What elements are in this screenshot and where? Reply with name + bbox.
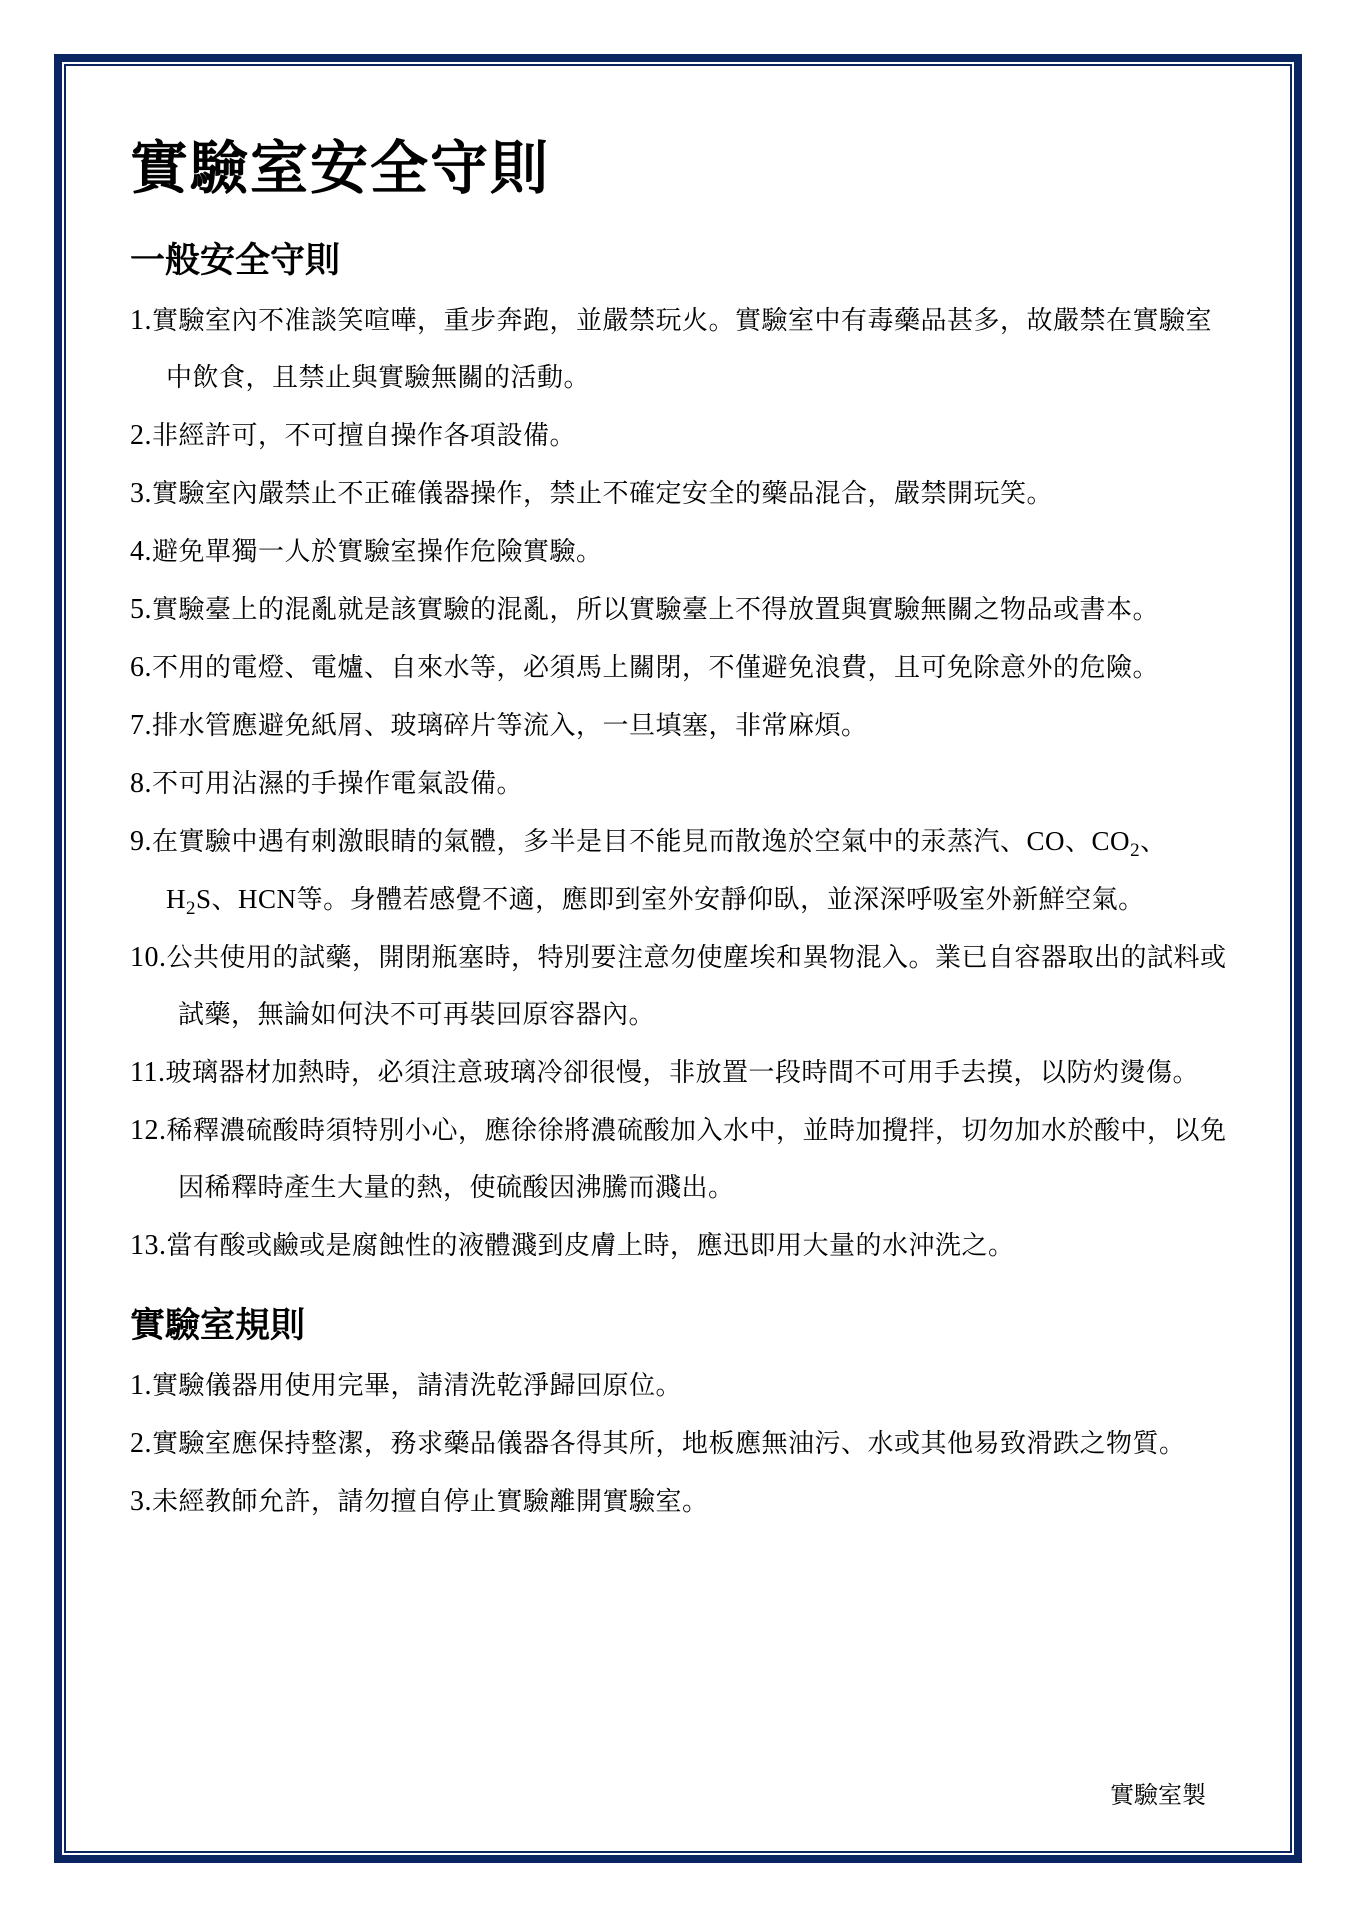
document-body: 實驗室安全守則 一般安全守則 1.實驗室內不准談笑喧嘩，重步奔跑，並嚴禁玩火。實… xyxy=(130,130,1230,1531)
section-spacer xyxy=(130,1275,1230,1301)
separator: 、 xyxy=(212,885,239,915)
chemical-formula-h2s: H2S xyxy=(166,884,212,914)
rule-text: 在實驗中遇有刺激眼睛的氣體，多半是目不能見而散逸於空氣中的汞蒸汽、 xyxy=(152,827,1027,857)
rule-text: 未經教師允許，請勿擅自停止實驗離開實驗室。 xyxy=(152,1487,709,1517)
chemical-formula-hcn: HCN xyxy=(238,884,297,914)
rule-item: 4.避免單獨一人於實驗室操作危險實驗。 xyxy=(130,523,1230,581)
rule-text: 實驗室內嚴禁止不正確儀器操作，禁止不確定安全的藥品混合，嚴禁開玩笑。 xyxy=(152,479,1053,509)
rule-item: 7.排水管應避免紙屑、玻璃碎片等流入，一旦填塞，非常麻煩。 xyxy=(130,697,1230,755)
rule-number: 1. xyxy=(130,305,152,336)
rule-item: 8.不可用沾濕的手操作電氣設備。 xyxy=(130,755,1230,813)
separator: 、 xyxy=(1065,827,1092,857)
rule-number: 1. xyxy=(130,1370,152,1401)
chemical-formula-co2: CO2 xyxy=(1092,826,1141,856)
rule-number: 6. xyxy=(130,652,152,683)
rule-text: 實驗臺上的混亂就是該實驗的混亂，所以實驗臺上不得放置與實驗無關之物品或書本。 xyxy=(152,595,1159,625)
section-heading-lab-rules: 實驗室規則 xyxy=(130,1301,1230,1351)
rule-number: 13. xyxy=(130,1230,167,1261)
formula-tail: S xyxy=(196,884,212,914)
rule-text: 公共使用的試藥，開閉瓶塞時，特別要注意勿使塵埃和異物混入。業已自容器取出的試料或… xyxy=(167,943,1227,1030)
rule-item: 9.在實驗中遇有刺激眼睛的氣體，多半是目不能見而散逸於空氣中的汞蒸汽、CO、CO… xyxy=(130,813,1230,929)
rule-item: 13.當有酸或鹼或是腐蝕性的液體濺到皮膚上時，應迅即用大量的水沖洗之。 xyxy=(130,1217,1230,1275)
rule-text: 實驗室應保持整潔，務求藥品儀器各得其所，地板應無油污、水或其他易致滑跌之物質。 xyxy=(152,1429,1186,1459)
separator: 、 xyxy=(1140,827,1167,857)
rule-number: 8. xyxy=(130,768,152,799)
lab-rules-list: 1.實驗儀器用使用完畢，請清洗乾淨歸回原位。 2.實驗室應保持整潔，務求藥品儀器… xyxy=(130,1357,1230,1531)
rule-number: 7. xyxy=(130,710,152,741)
formula-subscript: 2 xyxy=(1130,840,1140,861)
rule-item: 12.稀釋濃硫酸時須特別小心，應徐徐將濃硫酸加入水中，並時加攪拌，切勿加水於酸中… xyxy=(130,1102,1230,1217)
rule-text: 避免單獨一人於實驗室操作危險實驗。 xyxy=(152,537,603,567)
signature: 實驗室製 xyxy=(1110,1780,1206,1810)
rule-text: 當有酸或鹼或是腐蝕性的液體濺到皮膚上時，應迅即用大量的水沖洗之。 xyxy=(167,1231,1015,1261)
rule-text: 稀釋濃硫酸時須特別小心，應徐徐將濃硫酸加入水中，並時加攪拌，切勿加水於酸中，以免… xyxy=(167,1116,1227,1203)
rule-item: 5.實驗臺上的混亂就是該實驗的混亂，所以實驗臺上不得放置與實驗無關之物品或書本。 xyxy=(130,581,1230,639)
rule-item: 10.公共使用的試藥，開閉瓶塞時，特別要注意勿使塵埃和異物混入。業已自容器取出的… xyxy=(130,929,1230,1044)
rule-text: 等。身體若感覺不適，應即到室外安靜仰臥，並深深呼吸室外新鮮空氣。 xyxy=(297,885,1145,915)
rule-text: 排水管應避免紙屑、玻璃碎片等流入，一旦填塞，非常麻煩。 xyxy=(152,711,868,741)
rule-item: 1.實驗儀器用使用完畢，請清洗乾淨歸回原位。 xyxy=(130,1357,1230,1415)
rule-text: 非經許可，不可擅自操作各項設備。 xyxy=(152,421,576,451)
rule-text: 玻璃器材加熱時，必須注意玻璃冷卻很慢，非放置一段時間不可用手去摸，以防灼燙傷。 xyxy=(165,1058,1199,1088)
rule-number: 4. xyxy=(130,536,152,567)
chemical-formula-co: CO xyxy=(1027,826,1066,856)
formula-base: CO xyxy=(1092,826,1131,856)
rule-number: 2. xyxy=(130,420,152,451)
rule-item: 2.非經許可，不可擅自操作各項設備。 xyxy=(130,407,1230,465)
formula-base: H xyxy=(166,884,186,914)
rule-number: 9. xyxy=(130,826,152,857)
rule-number: 3. xyxy=(130,1486,152,1517)
rule-item: 6.不用的電燈、電爐、自來水等，必須馬上關閉，不僅避免浪費，且可免除意外的危險。 xyxy=(130,639,1230,697)
rule-text: 不可用沾濕的手操作電氣設備。 xyxy=(152,769,523,799)
rule-item: 11.玻璃器材加熱時，必須注意玻璃冷卻很慢，非放置一段時間不可用手去摸，以防灼燙… xyxy=(130,1044,1230,1102)
section-heading-general-safety: 一般安全守則 xyxy=(130,236,1230,286)
rule-item: 3.未經教師允許，請勿擅自停止實驗離開實驗室。 xyxy=(130,1473,1230,1531)
rule-number: 3. xyxy=(130,478,152,509)
rule-number: 5. xyxy=(130,594,152,625)
rule-item: 3.實驗室內嚴禁止不正確儀器操作，禁止不確定安全的藥品混合，嚴禁開玩笑。 xyxy=(130,465,1230,523)
rule-text: 實驗儀器用使用完畢，請清洗乾淨歸回原位。 xyxy=(152,1371,682,1401)
rule-item: 2.實驗室應保持整潔，務求藥品儀器各得其所，地板應無油污、水或其他易致滑跌之物質… xyxy=(130,1415,1230,1473)
general-safety-rules-list: 1.實驗室內不准談笑喧嘩，重步奔跑，並嚴禁玩火。實驗室中有毒藥品甚多，故嚴禁在實… xyxy=(130,292,1230,1275)
rule-number: 10. xyxy=(130,942,167,973)
rule-number: 12. xyxy=(130,1115,167,1146)
document-title: 實驗室安全守則 xyxy=(130,130,1230,206)
rule-text: 實驗室內不准談笑喧嘩，重步奔跑，並嚴禁玩火。實驗室中有毒藥品甚多，故嚴禁在實驗室… xyxy=(152,306,1212,393)
rule-number: 11. xyxy=(130,1057,165,1088)
rule-item: 1.實驗室內不准談笑喧嘩，重步奔跑，並嚴禁玩火。實驗室中有毒藥品甚多，故嚴禁在實… xyxy=(130,292,1230,407)
formula-subscript: 2 xyxy=(186,898,196,919)
rule-text: 不用的電燈、電爐、自來水等，必須馬上關閉，不僅避免浪費，且可免除意外的危險。 xyxy=(152,653,1159,683)
rule-number: 2. xyxy=(130,1428,152,1459)
